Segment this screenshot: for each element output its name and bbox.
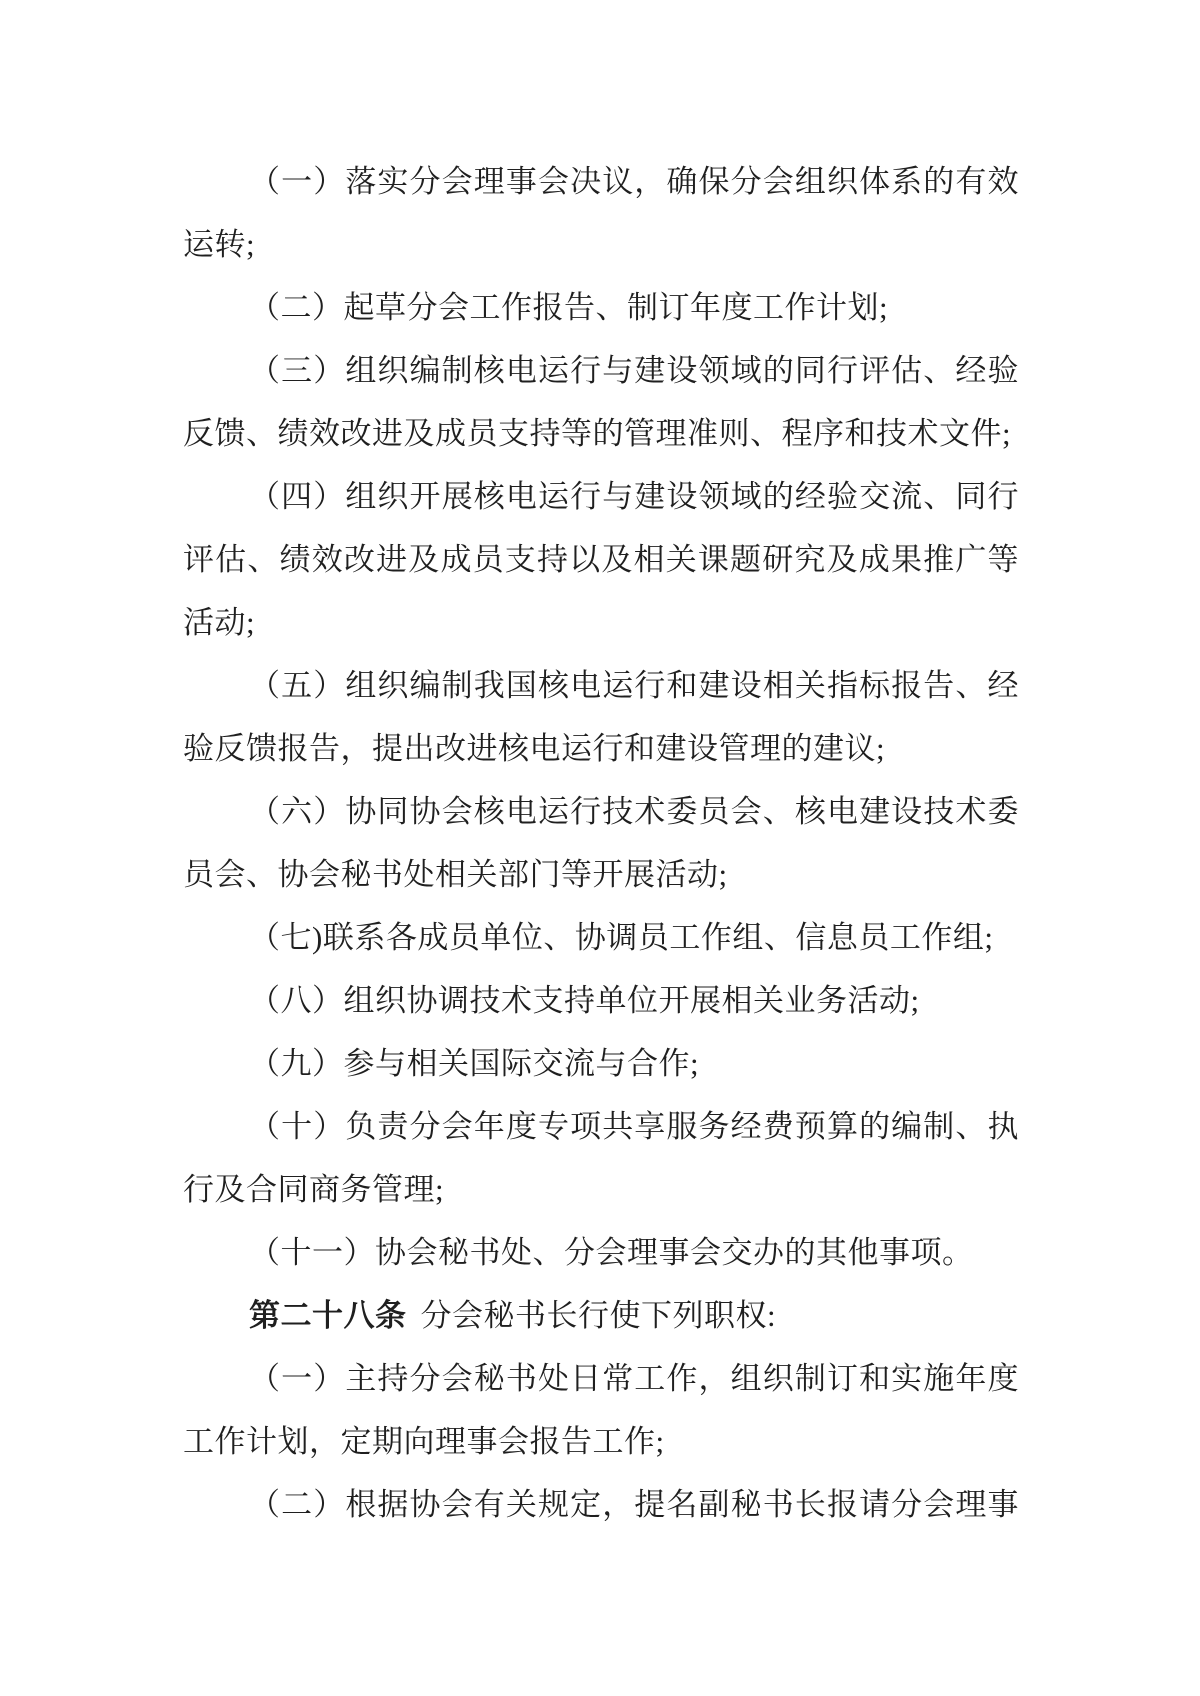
text-line: （七)联系各成员单位、协调员工作组、信息员工作组; bbox=[183, 906, 1019, 969]
text-line: （八）组织协调技术支持单位开展相关业务活动; bbox=[183, 969, 1019, 1032]
text-line: （一）落实分会理事会决议，确保分会组织体系的有效 bbox=[183, 150, 1019, 213]
article-number: 第二十八条 bbox=[249, 1298, 407, 1333]
article-title: 分会秘书长行使下列职权: bbox=[421, 1298, 777, 1333]
text-line: （一）主持分会秘书处日常工作，组织制订和实施年度 bbox=[183, 1347, 1019, 1410]
text-line: （九）参与相关国际交流与合作; bbox=[183, 1032, 1019, 1095]
text-line: （十）负责分会年度专项共享服务经费预算的编制、执 bbox=[183, 1095, 1019, 1158]
text-line: 行及合同商务管理; bbox=[183, 1158, 1019, 1221]
text-line: 验反馈报告，提出改进核电运行和建设管理的建议; bbox=[183, 717, 1019, 780]
text-line: （二）根据协会有关规定，提名副秘书长报请分会理事 bbox=[183, 1473, 1019, 1536]
text-line: （三）组织编制核电运行与建设领域的同行评估、经验 bbox=[183, 339, 1019, 402]
text-line: （十一）协会秘书处、分会理事会交办的其他事项。 bbox=[183, 1221, 1019, 1284]
text-line: 工作计划，定期向理事会报告工作; bbox=[183, 1410, 1019, 1473]
text-line: 运转; bbox=[183, 213, 1019, 276]
document-body: （一）落实分会理事会决议，确保分会组织体系的有效运转;（二）起草分会工作报告、制… bbox=[183, 150, 1019, 1536]
text-line: 活动; bbox=[183, 591, 1019, 654]
article-heading-line: 第二十八条分会秘书长行使下列职权: bbox=[183, 1284, 1019, 1347]
text-line: 反馈、绩效改进及成员支持等的管理准则、程序和技术文件; bbox=[183, 402, 1019, 465]
document-page: （一）落实分会理事会决议，确保分会组织体系的有效运转;（二）起草分会工作报告、制… bbox=[0, 0, 1200, 1696]
text-line: （五）组织编制我国核电运行和建设相关指标报告、经 bbox=[183, 654, 1019, 717]
text-line: 评估、绩效改进及成员支持以及相关课题研究及成果推广等 bbox=[183, 528, 1019, 591]
text-line: （六）协同协会核电运行技术委员会、核电建设技术委 bbox=[183, 780, 1019, 843]
text-line: 员会、协会秘书处相关部门等开展活动; bbox=[183, 843, 1019, 906]
text-line: （二）起草分会工作报告、制订年度工作计划; bbox=[183, 276, 1019, 339]
text-line: （四）组织开展核电运行与建设领域的经验交流、同行 bbox=[183, 465, 1019, 528]
